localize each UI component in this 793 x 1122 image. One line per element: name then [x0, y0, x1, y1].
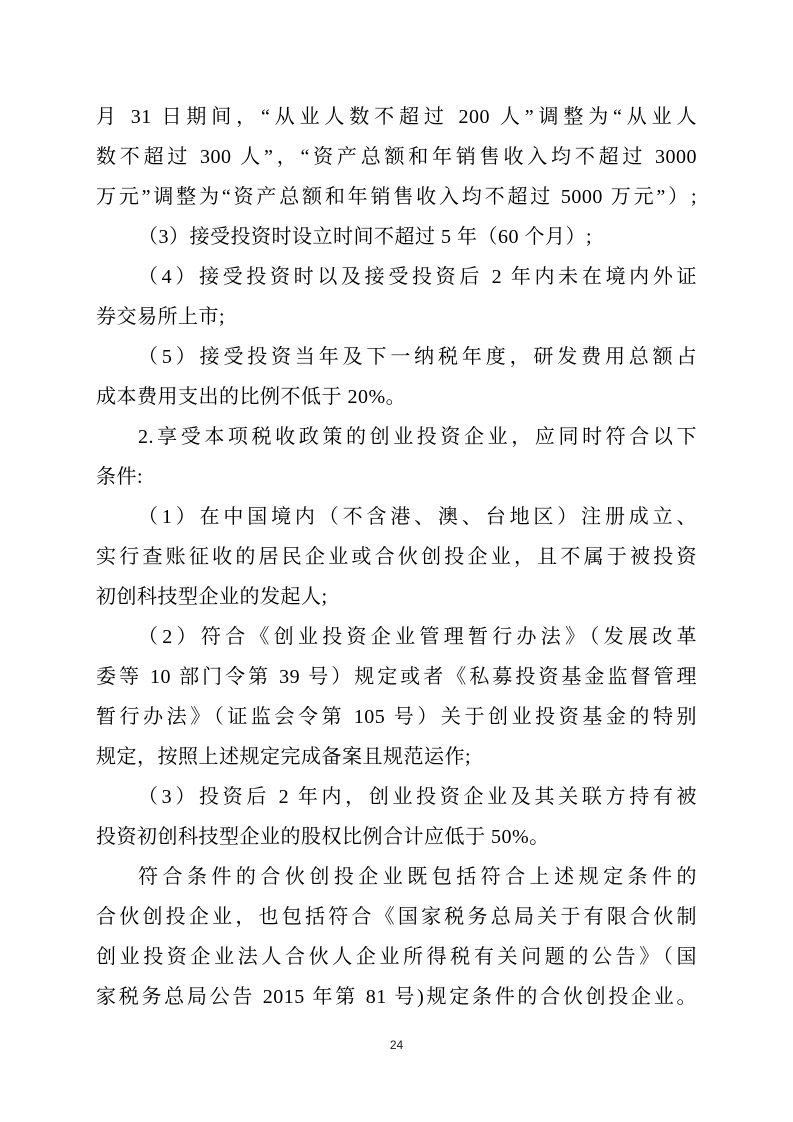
text-line: 月 31 日期间，“从业人数不超过 200 人”调整为“从业人 [96, 97, 697, 137]
text-line: 暂行办法》（证监会令第 105 号）关于创业投资基金的特别 [96, 697, 697, 737]
document-body-text: 月 31 日期间，“从业人数不超过 200 人”调整为“从业人数不超过 300 … [96, 97, 697, 1017]
text-line: 家税务总局公告 2015 年第 81 号)规定条件的合伙创投企业。 [96, 977, 697, 1017]
text-line: 合伙创投企业，也包括符合《国家税务总局关于有限合伙制 [96, 897, 697, 937]
text-line: 实行查账征收的居民企业或合伙创投企业，且不属于被投资 [96, 537, 697, 577]
text-line: （4）接受投资时以及接受投资后 2 年内未在境内外证 [96, 257, 697, 297]
text-line: 规定，按照上述规定完成备案且规范运作; [96, 737, 697, 777]
text-line: （5）接受投资当年及下一纳税年度，研发费用总额占 [96, 337, 697, 377]
text-line: 万元”调整为“资产总额和年销售收入均不超过 5000 万元”）; [96, 177, 697, 217]
text-line: （1）在中国境内（不含港、澳、台地区）注册成立、 [96, 497, 697, 537]
text-line: 投资初创科技型企业的股权比例合计应低于 50%。 [96, 817, 697, 857]
text-line: 委等 10 部门令第 39 号）规定或者《私募投资基金监督管理 [96, 657, 697, 697]
text-line: 券交易所上市; [96, 297, 697, 337]
document-page: 月 31 日期间，“从业人数不超过 200 人”调整为“从业人数不超过 300 … [0, 0, 793, 1122]
text-line: 创业投资企业法人合伙人企业所得税有关问题的公告》（国 [96, 937, 697, 977]
text-line: 符合条件的合伙创投企业既包括符合上述规定条件的 [96, 857, 697, 897]
text-line: 初创科技型企业的发起人; [96, 577, 697, 617]
text-line: 2.享受本项税收政策的创业投资企业，应同时符合以下 [96, 417, 697, 457]
text-line: 条件: [96, 457, 697, 497]
text-line: （3）接受投资时设立时间不超过 5 年（60 个月）; [96, 217, 697, 257]
text-line: 数不超过 300 人”，“资产总额和年销售收入均不超过 3000 [96, 137, 697, 177]
text-line: （2）符合《创业投资企业管理暂行办法》（发展改革 [96, 617, 697, 657]
page-number: 24 [0, 1038, 793, 1052]
text-line: （3）投资后 2 年内，创业投资企业及其关联方持有被 [96, 777, 697, 817]
text-line: 成本费用支出的比例不低于 20%。 [96, 377, 697, 417]
